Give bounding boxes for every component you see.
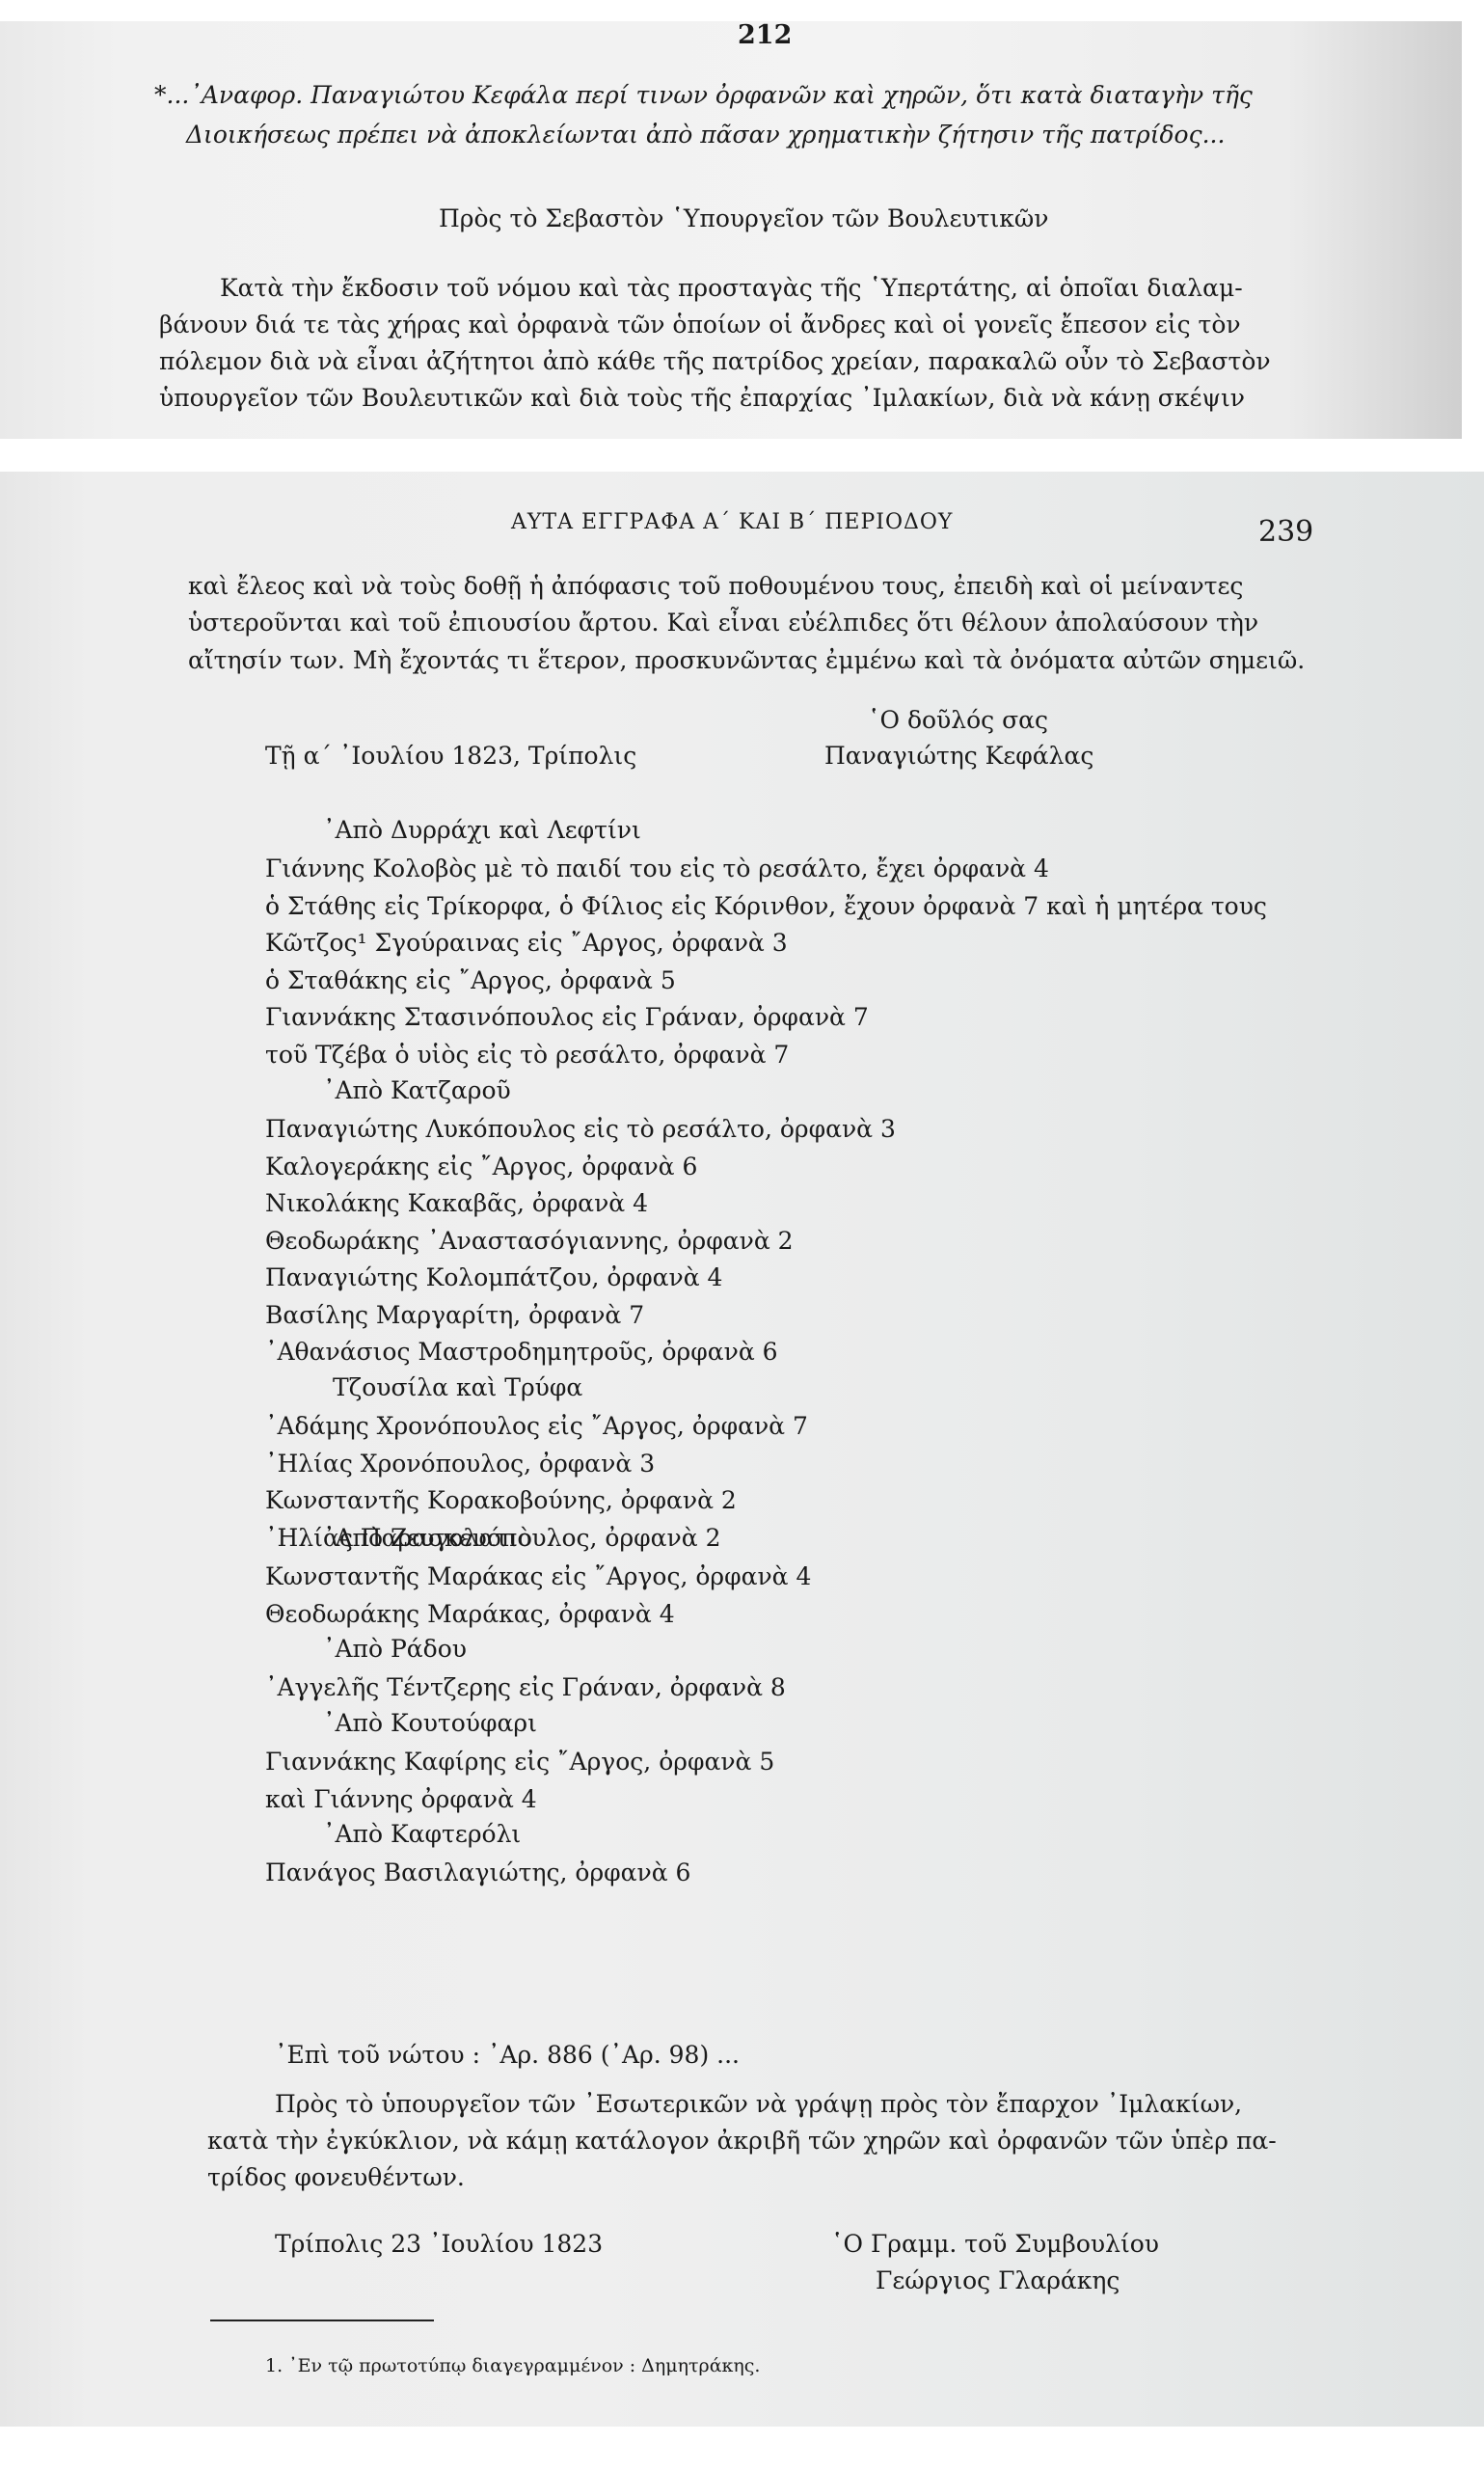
place-heading: ᾿Απὸ Κατζαροῦ bbox=[323, 1076, 511, 1105]
orphan-entry: Κωνσταντῆς Κορακοβούνης, ὀρφανὰ 2 bbox=[265, 1486, 737, 1515]
signature-name: Παναγιώτης Κεφάλας bbox=[824, 742, 1093, 771]
endorsement-line: τρίδος φονευθέντων. bbox=[207, 2163, 465, 2192]
place-heading: ᾿Απὸ Καφτερόλι bbox=[323, 1820, 521, 1849]
signature-closing: ῾Ο δοῦλός σας bbox=[868, 706, 1048, 735]
page-212-fragment: 212 *...᾿Αναφορ. Παναγιώτου Κεφάλα περί … bbox=[0, 21, 1462, 439]
orphan-entry: Παναγιώτης Κολομπάτζου, ὀρφανὰ 4 bbox=[265, 1263, 722, 1292]
page-number: 212 bbox=[738, 21, 792, 50]
signature-date-place: Τῇ α΄ ᾿Ιουλίου 1823, Τρίπολις bbox=[265, 742, 636, 771]
orphan-entry: Πανάγος Βασιλαγιώτης, ὀρφανὰ 6 bbox=[265, 1859, 690, 1887]
page-number: 239 bbox=[1258, 518, 1313, 547]
orphan-entry: ὁ Σταθάκης εἰς ῎Αργος, ὀρφανὰ 5 bbox=[265, 966, 676, 995]
place-heading: ᾿Απὸ Ζευγολατιὸ bbox=[323, 1524, 532, 1553]
orphan-entry: ᾿Αθανάσιος Μαστροδημητροῦς, ὀρφανὰ 6 bbox=[265, 1338, 778, 1367]
endorsement-line: κατὰ τὴν ἐγκύκλιον, νὰ κάμῃ κατάλογον ἀκ… bbox=[207, 2127, 1277, 2156]
footnote: 1. ᾿Εν τῷ πρωτοτύπῳ διαγεγραμμένον : Δημ… bbox=[265, 2351, 760, 2380]
body-line: πόλεμον διὰ νὰ εἶναι ἀζήτητοι ἀπὸ κάθε τ… bbox=[159, 347, 1271, 376]
orphan-entry: Θεοδωράκης Μαράκας, ὀρφανὰ 4 bbox=[265, 1600, 675, 1629]
endorsement-line: Πρὸς τὸ ὑπουργεῖον τῶν ᾿Εσωτερικῶν νὰ γρ… bbox=[275, 2090, 1242, 2119]
endorsement-date-place: Τρίπολις 23 ᾿Ιουλίου 1823 bbox=[275, 2230, 603, 2259]
orphan-entry: Κῶτζος¹ Σγούραινας εἰς ῎Αργος, ὀρφανὰ 3 bbox=[265, 929, 788, 958]
summary-line-2: Διοικήσεως πρέπει νὰ ἀποκλείωνται ἀπὸ πᾶ… bbox=[186, 121, 1225, 149]
body-line: ὑπουργεῖον τῶν Βουλευτικῶν καὶ διὰ τοὺς … bbox=[159, 384, 1245, 413]
orphan-entry: Βασίλης Μαργαρίτη, ὀρφανὰ 7 bbox=[265, 1301, 644, 1330]
place-heading: Τζουσίλα καὶ Τρύφα bbox=[333, 1373, 582, 1402]
body-line: ὑστεροῦνται καὶ τοῦ ἐπιουσίου ἄρτου. Καὶ… bbox=[188, 609, 1258, 638]
endorsement-signer-name: Γεώργιος Γλαράκης bbox=[876, 2266, 1120, 2295]
place-heading: ᾿Απὸ Ράδου bbox=[323, 1635, 467, 1664]
body-line: Κατὰ τὴν ἔκδοσιν τοῦ νόμου καὶ τὰς προστ… bbox=[220, 274, 1243, 303]
place-heading: ᾿Απὸ Κουτούφαρι bbox=[323, 1709, 537, 1738]
body-line: καὶ ἔλεος καὶ νὰ τοὺς δοθῇ ἡ ἀπόφασις το… bbox=[188, 572, 1243, 601]
orphan-entry: Γιάννης Κολοβὸς μὲ τὸ παιδί του εἰς τὸ ρ… bbox=[265, 855, 1049, 883]
orphan-entry: καὶ Γιάννης ὀρφανὰ 4 bbox=[265, 1785, 537, 1814]
orphan-entry: Καλογεράκης εἰς ῎Αργος, ὀρφανὰ 6 bbox=[265, 1153, 697, 1181]
orphan-entry: Θεοδωράκης ᾿Αναστασόγιαννης, ὀρφανὰ 2 bbox=[265, 1227, 794, 1256]
footnote-rule bbox=[210, 2320, 434, 2321]
page-239: ΑΥΤΑ ΕΓΓΡΑΦΑ Α΄ ΚΑΙ Β΄ ΠΕΡΙΟΔΟΥ 239 καὶ … bbox=[0, 472, 1484, 2427]
body-line: αἴτησίν των. Μὴ ἔχοντάς τι ἕτερον, προσκ… bbox=[188, 646, 1305, 675]
orphan-entry: ᾿Αδάμης Χρονόπουλος εἰς ῎Αργος, ὀρφανὰ 7 bbox=[265, 1412, 808, 1441]
orphan-entry: Γιαννάκης Στασινόπουλος εἰς Γράναν, ὀρφα… bbox=[265, 1003, 869, 1032]
orphan-entry: ᾿Αγγελῆς Τέντζερης εἰς Γράναν, ὀρφανὰ 8 bbox=[265, 1673, 786, 1702]
orphan-entry: Παναγιώτης Λυκόπουλος εἰς τὸ ρεσάλτο, ὀρ… bbox=[265, 1115, 896, 1144]
endorsement-signer-title: ῾Ο Γραμμ. τοῦ Συμβουλίου bbox=[831, 2230, 1159, 2259]
orphan-entry: Νικολάκης Κακαβᾶς, ὀρφανὰ 4 bbox=[265, 1189, 648, 1218]
place-heading: ᾿Απὸ Δυρράχι καὶ Λεφτίνι bbox=[323, 816, 641, 845]
endorsement-label: ᾿Επὶ τοῦ νώτου : ᾿Αρ. 886 (᾿Αρ. 98) ... bbox=[275, 2041, 740, 2070]
running-header: ΑΥΤΑ ΕΓΓΡΑΦΑ Α΄ ΚΑΙ Β΄ ΠΕΡΙΟΔΟΥ bbox=[511, 508, 953, 537]
orphan-entry: ᾿Ηλίας Χρονόπουλος, ὀρφανὰ 3 bbox=[265, 1450, 655, 1479]
orphan-entry: ὁ Στάθης εἰς Τρίκορφα, ὁ Φίλιος εἰς Κόρι… bbox=[265, 892, 1267, 921]
addressee: Πρὸς τὸ Σεβαστὸν ῾Υπουργεῖον τῶν Βουλευτ… bbox=[439, 204, 1048, 233]
orphan-entry: Γιαννάκης Καφίρης εἰς ῎Αργος, ὀρφανὰ 5 bbox=[265, 1748, 774, 1777]
summary-line-1: *...᾿Αναφορ. Παναγιώτου Κεφάλα περί τινω… bbox=[154, 81, 1253, 110]
body-line: βάνουν διά τε τὰς χήρας καὶ ὀρφανὰ τῶν ὁ… bbox=[159, 311, 1241, 339]
orphan-entry: Κωνσταντῆς Μαράκας εἰς ῎Αργος, ὀρφανὰ 4 bbox=[265, 1562, 811, 1591]
orphan-entry: τοῦ Τζέβα ὁ υἱὸς εἰς τὸ ρεσάλτο, ὀρφανὰ … bbox=[265, 1041, 789, 1070]
